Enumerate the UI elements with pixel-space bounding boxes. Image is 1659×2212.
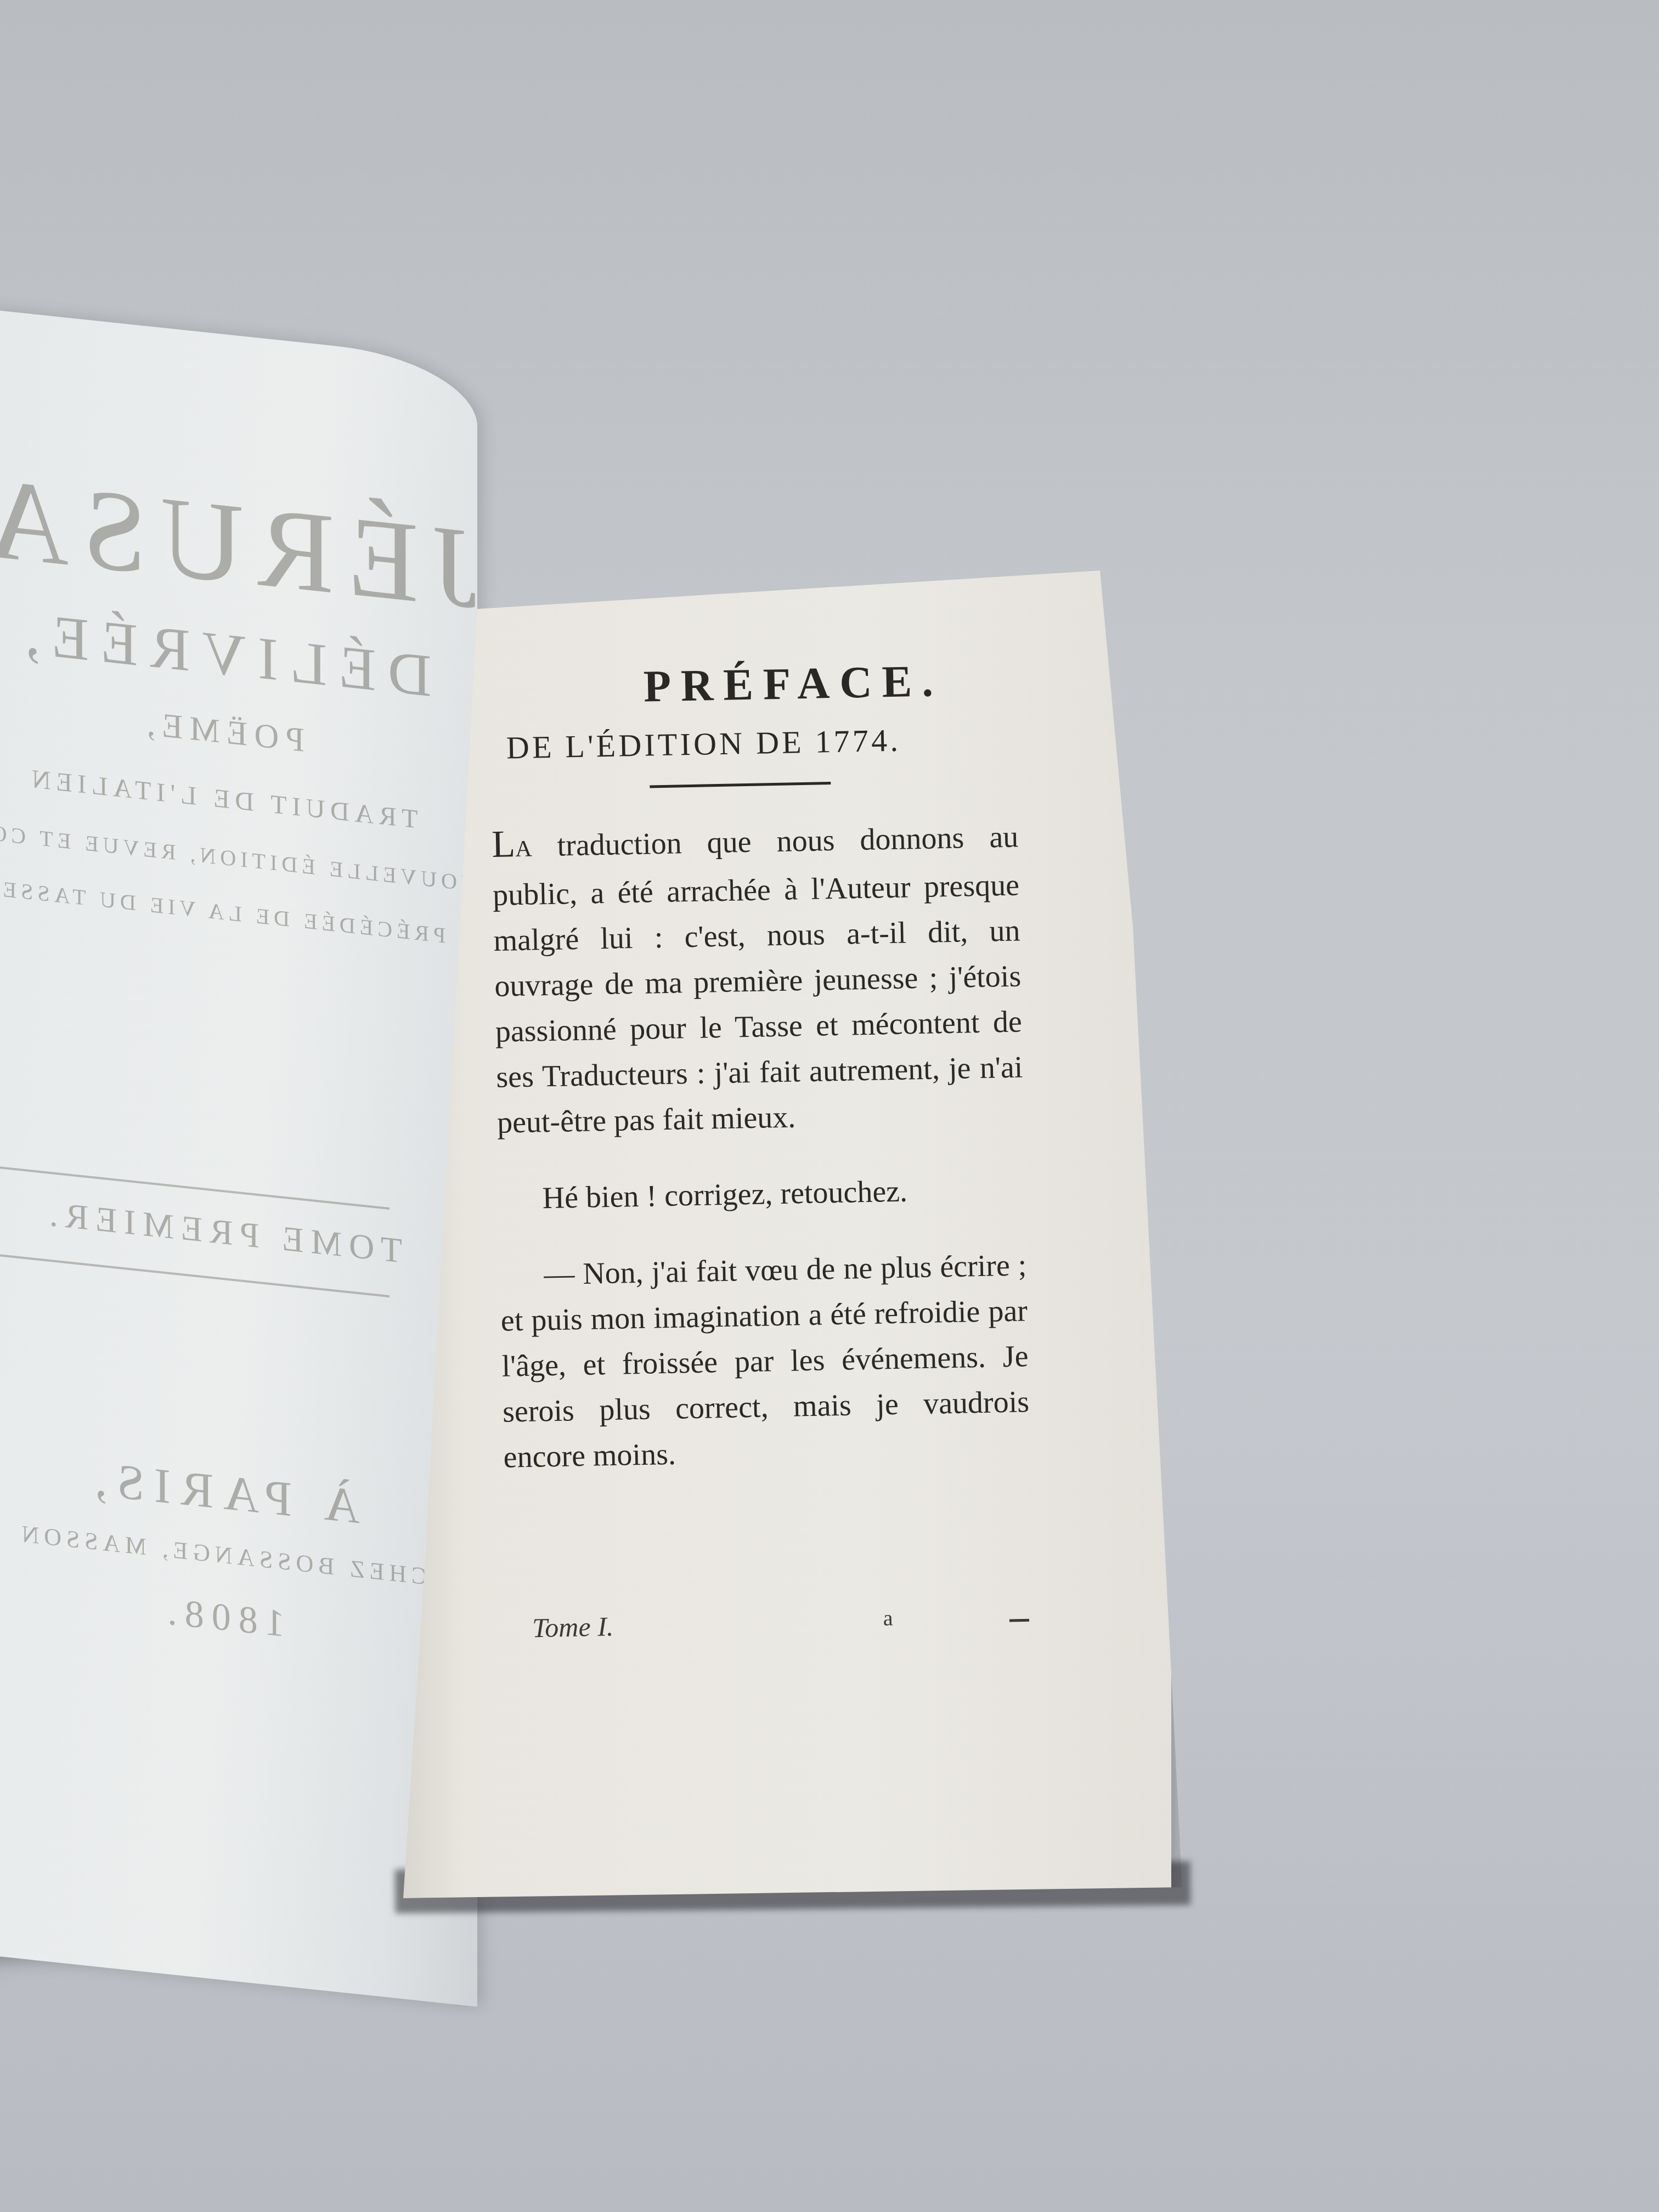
paragraph-1-text: traduction que nous donnons au public, a… (493, 820, 1023, 1140)
preface-text-block: PRÉFACE. DE L'ÉDITION DE 1774. LA traduc… (488, 654, 1031, 1511)
volume-label: Tome I. (532, 1611, 614, 1643)
title-page-show-through: JÉRUSALEM DÉLIVRÉE, POËME, TRADUIT DE L'… (0, 307, 477, 2007)
drop-cap: L (492, 823, 516, 866)
title-page-volume: TOME PREMIER. (0, 1185, 477, 1279)
paragraph-3: — Non, j'ai fait vœu de ne plus écrire ;… (500, 1243, 1031, 1480)
book-photo-scene: JÉRUSALEM DÉLIVRÉE, POËME, TRADUIT DE L'… (0, 0, 1659, 2212)
preface-heading: PRÉFACE. (571, 654, 1016, 714)
paragraph-1: LA traduction que nous donnons au public… (492, 812, 1024, 1146)
edge-dash-mark (1009, 1619, 1029, 1622)
heading-rule (650, 782, 831, 788)
paragraph-2: Hé bien ! corrigez, retouchez. (498, 1166, 1025, 1222)
left-title-page: JÉRUSALEM DÉLIVRÉE, POËME, TRADUIT DE L'… (0, 307, 477, 2007)
preface-subheading: DE L'ÉDITION DE 1774. (506, 720, 1017, 766)
signature-mark: a (883, 1605, 893, 1631)
small-cap: A (515, 837, 532, 862)
